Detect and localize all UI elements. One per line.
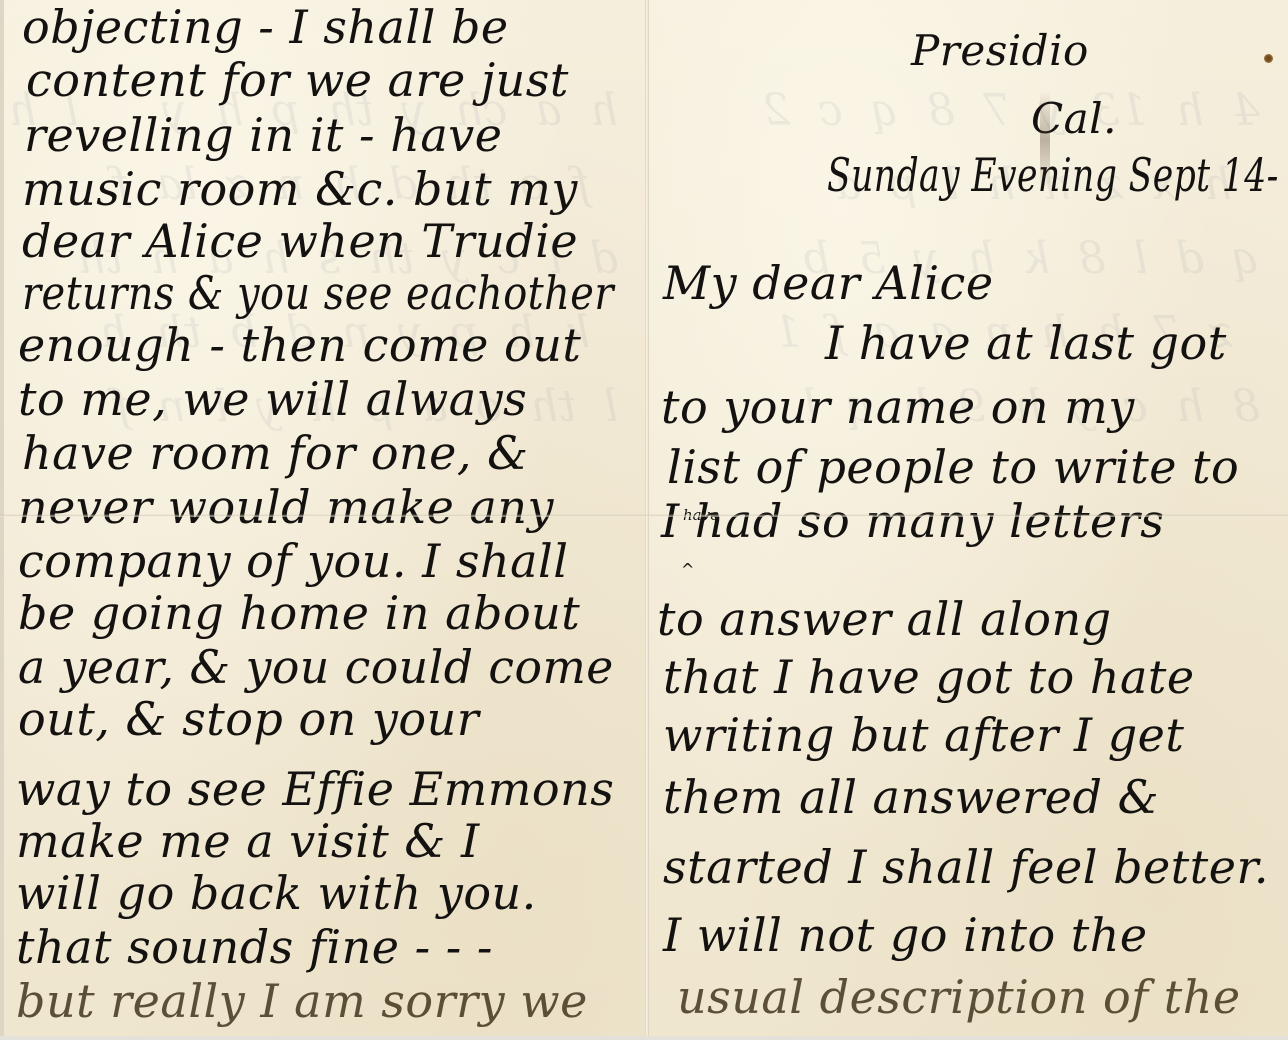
- letter-line-right: started I shall feel better.: [663, 840, 1269, 894]
- letter-line-right: usual description of the: [677, 970, 1241, 1024]
- letter-line-left: be going home in about: [18, 586, 580, 640]
- letter-line-left: make me a visit & I: [16, 814, 480, 868]
- letter-line-left: music room &c. but my: [22, 162, 578, 216]
- letter-salutation: My dear Alice: [663, 256, 994, 310]
- letter-place: Presidio: [911, 26, 1089, 75]
- letter-line-left: a year, & you could come: [18, 640, 614, 694]
- insertion-caret: ^: [681, 560, 694, 579]
- letter-line-left: revelling in it - have: [24, 108, 502, 162]
- letter-line-right: list of people to write to: [667, 440, 1239, 494]
- left-page: h a ch y th p h y l h f o th d h n z la …: [4, 0, 646, 1036]
- letter-line-left: will go back with you.: [16, 866, 537, 920]
- letter-line-right: writing but after I get: [663, 708, 1184, 762]
- letter-line-left: dear Alice when Trudie: [22, 214, 578, 268]
- letter-line-left: returns & you see eachother: [22, 266, 614, 320]
- letter-line-right: I will not go into the: [663, 908, 1148, 962]
- letter-line-left: way to see Effie Emmons: [16, 762, 614, 816]
- letter-line-left: to me, we will always: [18, 372, 527, 426]
- ink-smudge: [1040, 90, 1050, 190]
- letter-line-right: I had so many letters: [661, 494, 1164, 548]
- letter-line-left: have room for one, &: [22, 426, 529, 480]
- letter-sheet: h a ch y th p h y l h f o th d h n z la …: [0, 0, 1288, 1036]
- letter-line-right: I have at last got: [825, 316, 1227, 370]
- letter-date: Sunday Evening Sept 14-: [827, 148, 1279, 202]
- horizontal-fold-crease: [0, 514, 1288, 517]
- letter-line-left: content for we are just: [26, 53, 569, 107]
- letter-line-right: them all answered &: [663, 770, 1159, 824]
- letter-line-left: never would make any: [18, 480, 554, 534]
- letter-line-left: company of you. I shall: [18, 534, 568, 588]
- letter-line-right: to your name on my: [661, 380, 1135, 434]
- letter-line-left: that sounds fine - - -: [16, 920, 493, 974]
- letter-line-left: but really I am sorry we: [16, 974, 588, 1028]
- letter-line-left: objecting - I shall be: [22, 0, 509, 54]
- letter-line-right: to answer all along: [657, 592, 1112, 646]
- letter-line-left: out, & stop on your: [18, 692, 479, 746]
- scan-bottom-edge: [0, 1036, 1288, 1040]
- letter-line-right: that I have got to hate: [663, 650, 1195, 704]
- letter-line-left: enough - then come out: [18, 318, 581, 372]
- ink-spot: [1264, 54, 1273, 63]
- right-page: 4 h 13 y 7 8 q c 2 h x z n h l p a q d l…: [649, 0, 1288, 1036]
